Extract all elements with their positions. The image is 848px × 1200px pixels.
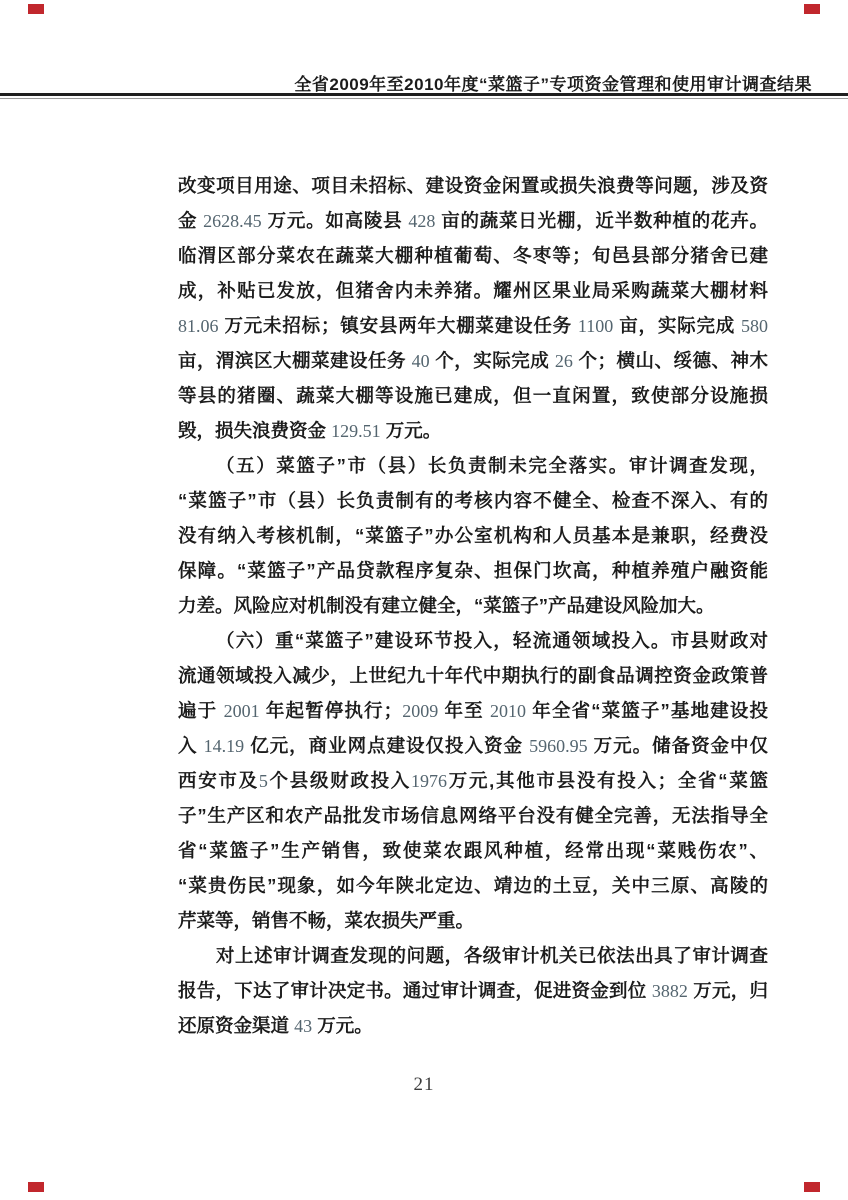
text-run: 万元。如高陵县 <box>262 210 409 231</box>
figure-value: 2010 <box>490 701 526 721</box>
figure-value: 2009 <box>402 701 438 721</box>
text-line: 临渭区部分菜农在蔬菜大棚种植葡萄、冬枣等；旬邑县部分猪舍已建 <box>178 238 768 273</box>
text-run: 改变项目用途、项目未招标、建设资金闲置或损失浪费等问题，涉及资 <box>178 175 768 196</box>
text-run: 子”生产区和农产品批发市场信息网络平台没有健全完善，无法指导全 <box>178 805 768 826</box>
text-run: 毁，损失浪费资金 <box>178 420 331 441</box>
text-run: 亿元，商业网点建设仅投入资金 <box>244 735 529 756</box>
text-line: 毁，损失浪费资金 129.51 万元。 <box>178 413 768 448</box>
text-run: 还原资金渠道 <box>178 1015 294 1036</box>
text-line: （五）菜篮子”市（县）长负责制未完全落实。审计调查发现， <box>178 448 768 483</box>
text-run: 报告，下达了审计决定书。通过审计调查，促进资金到位 <box>178 980 652 1001</box>
text-line: 流通领域投入减少，上世纪九十年代中期执行的副食品调控资金政策普 <box>178 658 768 693</box>
corner-marker-top-left <box>28 4 44 14</box>
text-line: 报告，下达了审计决定书。通过审计调查，促进资金到位 3882 万元，归 <box>178 973 768 1008</box>
text-run: 个；横山、绥德、神木 <box>573 350 768 371</box>
text-line: 对上述审计调查发现的问题，各级审计机关已依法出具了审计调查 <box>178 938 768 973</box>
text-run: 年至 <box>438 700 490 721</box>
text-run: 万元,其他市县没有投入；全省“菜篮 <box>447 770 768 791</box>
text-run: 成，补贴已发放，但猪舍内未养猪。耀州区果业局采购蔬菜大棚材料 <box>178 280 768 301</box>
text-run: “菜贵伤民”现象，如今年陕北定边、靖边的土豆，关中三原、高陵的 <box>178 875 768 896</box>
text-run: 万元。 <box>312 1015 373 1036</box>
text-run: 芹菜等，销售不畅，菜农损失严重。 <box>178 910 474 931</box>
corner-marker-bottom-left <box>28 1182 44 1192</box>
figure-value: 81.06 <box>178 316 219 336</box>
text-run: 流通领域投入减少，上世纪九十年代中期执行的副食品调控资金政策普 <box>178 665 768 686</box>
text-run: 万元。 <box>381 420 442 441</box>
text-line: “菜贵伤民”现象，如今年陕北定边、靖边的土豆，关中三原、高陵的 <box>178 868 768 903</box>
text-run: 没有纳入考核机制，“菜篮子”办公室机构和人员基本是兼职，经费没 <box>178 525 768 546</box>
page-footer: 21 <box>0 1074 848 1096</box>
header-rule <box>0 93 848 99</box>
figure-value: 5960.95 <box>529 736 588 756</box>
header-title: 全省2009年至2010年度“菜篮子”专项资金管理和使用审计调查结果 <box>294 75 812 94</box>
text-line: 保障。“菜篮子”产品贷款程序复杂、担保门坎高，种植养殖户融资能 <box>178 553 768 588</box>
text-line: 成，补贴已发放，但猪舍内未养猪。耀州区果业局采购蔬菜大棚材料 <box>178 273 768 308</box>
text-run: 万元，归 <box>688 980 768 1001</box>
text-line: 81.06 万元未招标；镇安县两年大棚菜建设任务 1100 亩，实际完成 580 <box>178 308 768 343</box>
text-run: 万元。储备资金中仅 <box>588 735 768 756</box>
text-line: 西安市及5个县级财政投入1976万元,其他市县没有投入；全省“菜篮 <box>178 763 768 798</box>
text-run: （六）重“菜篮子”建设环节投入，轻流通领域投入。市县财政对 <box>216 630 768 651</box>
text-line: 没有纳入考核机制，“菜篮子”办公室机构和人员基本是兼职，经费没 <box>178 518 768 553</box>
figure-value: 129.51 <box>331 421 381 441</box>
text-line: 金 2628.45 万元。如高陵县 428 亩的蔬菜日光棚，近半数种植的花卉。 <box>178 203 768 238</box>
text-run: 年起暂停执行； <box>260 700 403 721</box>
text-line: （六）重“菜篮子”建设环节投入，轻流通领域投入。市县财政对 <box>178 623 768 658</box>
text-run: 个，实际完成 <box>430 350 555 371</box>
text-run: 等县的猪圈、蔬菜大棚等设施已建成，但一直闲置，致使部分设施损 <box>178 385 768 406</box>
text-line: 力差。风险应对机制没有建立健全，“菜篮子”产品建设风险加大。 <box>178 588 768 623</box>
text-run: 万元未招标；镇安县两年大棚菜建设任务 <box>219 315 578 336</box>
text-run: 力差。风险应对机制没有建立健全，“菜篮子”产品建设风险加大。 <box>178 595 715 616</box>
text-run: 亩的蔬菜日光棚，近半数种植的花卉。 <box>435 210 768 231</box>
figure-value: 428 <box>408 211 435 231</box>
text-run: 亩，渭滨区大棚菜建设任务 <box>178 350 412 371</box>
text-run: 遍于 <box>178 700 224 721</box>
text-line: 亩，渭滨区大棚菜建设任务 40 个，实际完成 26 个；横山、绥德、神木 <box>178 343 768 378</box>
text-line: 等县的猪圈、蔬菜大棚等设施已建成，但一直闲置，致使部分设施损 <box>178 378 768 413</box>
text-line: 芹菜等，销售不畅，菜农损失严重。 <box>178 903 768 938</box>
text-run: 年全省“菜篮子”基地建设投 <box>526 700 768 721</box>
text-run: 省“菜篮子”生产销售，致使菜农跟风种植，经常出现“菜贱伤农”、 <box>178 840 768 861</box>
figure-value: 1976 <box>411 771 447 791</box>
corner-marker-bottom-right <box>804 1182 820 1192</box>
text-line: 入 14.19 亿元，商业网点建设仅投入资金 5960.95 万元。储备资金中仅 <box>178 728 768 763</box>
figure-value: 40 <box>412 351 430 371</box>
text-run: （五）菜篮子”市（县）长负责制未完全落实。审计调查发现， <box>216 455 768 476</box>
text-line: 遍于 2001 年起暂停执行；2009 年至 2010 年全省“菜篮子”基地建设… <box>178 693 768 728</box>
text-run: 个县级财政投入 <box>268 770 411 791</box>
figure-value: 1100 <box>578 316 613 336</box>
running-header: 全省2009年至2010年度“菜篮子”专项资金管理和使用审计调查结果 <box>36 70 812 95</box>
text-run: 入 <box>178 735 204 756</box>
text-run: 保障。“菜篮子”产品贷款程序复杂、担保门坎高，种植养殖户融资能 <box>178 560 768 581</box>
figure-value: 2001 <box>224 701 260 721</box>
figure-value: 580 <box>741 316 768 336</box>
text-run: 西安市及 <box>178 770 259 791</box>
figure-value: 3882 <box>652 981 688 1001</box>
text-line: 改变项目用途、项目未招标、建设资金闲置或损失浪费等问题，涉及资 <box>178 168 768 203</box>
text-line: “菜篮子”市（县）长负责制有的考核内容不健全、检查不深入、有的 <box>178 483 768 518</box>
text-line: 子”生产区和农产品批发市场信息网络平台没有健全完善，无法指导全 <box>178 798 768 833</box>
figure-value: 14.19 <box>204 736 245 756</box>
text-line: 还原资金渠道 43 万元。 <box>178 1008 768 1043</box>
figure-value: 5 <box>259 771 268 791</box>
text-run: 亩，实际完成 <box>613 315 741 336</box>
figure-value: 26 <box>555 351 573 371</box>
document-page: 全省2009年至2010年度“菜篮子”专项资金管理和使用审计调查结果 改变项目用… <box>0 0 848 1200</box>
text-line: 省“菜篮子”生产销售，致使菜农跟风种植，经常出现“菜贱伤农”、 <box>178 833 768 868</box>
figure-value: 2628.45 <box>203 211 262 231</box>
text-run: 临渭区部分菜农在蔬菜大棚种植葡萄、冬枣等；旬邑县部分猪舍已建 <box>178 245 768 266</box>
page-number: 21 <box>414 1074 435 1095</box>
text-run: “菜篮子”市（县）长负责制有的考核内容不健全、检查不深入、有的 <box>178 490 768 511</box>
text-run: 对上述审计调查发现的问题，各级审计机关已依法出具了审计调查 <box>216 945 768 966</box>
figure-value: 43 <box>294 1016 312 1036</box>
document-body: 改变项目用途、项目未招标、建设资金闲置或损失浪费等问题，涉及资金 2628.45… <box>178 168 768 1043</box>
text-run: 金 <box>178 210 203 231</box>
corner-marker-top-right <box>804 4 820 14</box>
